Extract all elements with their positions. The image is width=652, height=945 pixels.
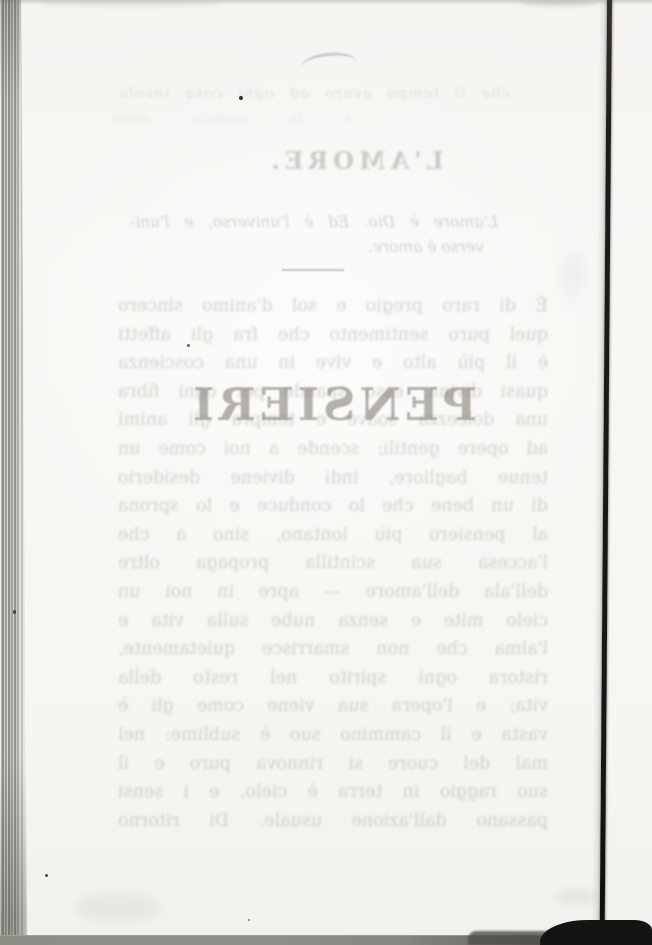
bleed-squiggle-mark <box>299 50 356 69</box>
page-gutter-shadow-line <box>600 0 612 937</box>
bleed-body-line: ad opere gentili; scende a noi come un <box>118 435 548 464</box>
ink-speck <box>13 610 16 614</box>
bleed-body-line: vita; e l'opera sua viene come gli è <box>118 692 548 721</box>
bleed-body-line: suo raggio in terra è cielo, e i sensi <box>118 778 548 807</box>
bleed-body-line: È di raro pregio e sol d'animo sincero <box>118 292 548 321</box>
ink-speck <box>248 919 250 921</box>
bleed-body-line: tenue bagliore, indi diviene desiderio <box>118 464 548 493</box>
bleed-body-line: l'accesa sua scintilla propaga oltre <box>118 549 548 578</box>
ink-speck <box>239 96 243 100</box>
bleed-body-line: al pensiero più lontano, sino a che <box>118 521 548 550</box>
paper-smudge <box>520 1 600 6</box>
bleed-half-title: PENSIERI <box>118 378 548 431</box>
bleed-faint-line: e la memoria serba <box>112 111 352 126</box>
paper-smudge <box>75 892 160 922</box>
ink-speck <box>187 344 190 347</box>
bleed-body-line: ristora ogni spirito nel resto della <box>118 664 548 693</box>
bleed-body-line: vasta e il cammino suo è sublime: nel <box>118 721 548 750</box>
bleed-epigraph-line: verso è amore. <box>130 235 498 260</box>
scan-corner-shadow <box>540 920 652 945</box>
bleed-body-line: quel puro sentimento che fra gli affetti <box>118 321 548 350</box>
bleed-body-line: è il più alto e vive in una coscienza <box>118 349 548 378</box>
bleed-body-line: dell'ala dell'amore — apre in noi un <box>118 578 548 607</box>
paper-smudge <box>555 890 597 904</box>
bleed-body-line: mal del cuore si rinnova puro e il <box>118 750 548 779</box>
scanned-book-page: che il tempo avaro ad ogni cosa invola e… <box>0 0 652 945</box>
bleed-epigraph: L'amore è Dio. Ed è l'universo, e l'uni-… <box>130 210 498 260</box>
bleed-body-line: di un bene che lo conduce e lo sprona <box>118 492 548 521</box>
bleed-chapter-title: L'AMORE. <box>160 146 550 175</box>
bleed-separator-rule <box>282 269 344 271</box>
bleed-epigraph-line: L'amore è Dio. Ed è l'universo, e l'uni- <box>130 210 498 235</box>
bleed-faint-line: che il tempo avaro ad ogni cosa invola <box>118 84 510 102</box>
ink-speck <box>45 874 48 877</box>
book-page-edge-stack <box>0 0 27 945</box>
bleed-body-text: È di raro pregio e sol d'animo sinceroqu… <box>118 292 548 835</box>
bleed-body-line: cielo mite e senza nube sulla vita e <box>118 607 548 636</box>
paper-smudge <box>40 2 220 6</box>
bleed-body-line: passano dall'azione usuale. Di ritorno <box>118 807 548 836</box>
paper-smudge <box>560 250 586 300</box>
bleed-body-line: l'alma che non smarrisce quietamente, <box>118 635 548 664</box>
